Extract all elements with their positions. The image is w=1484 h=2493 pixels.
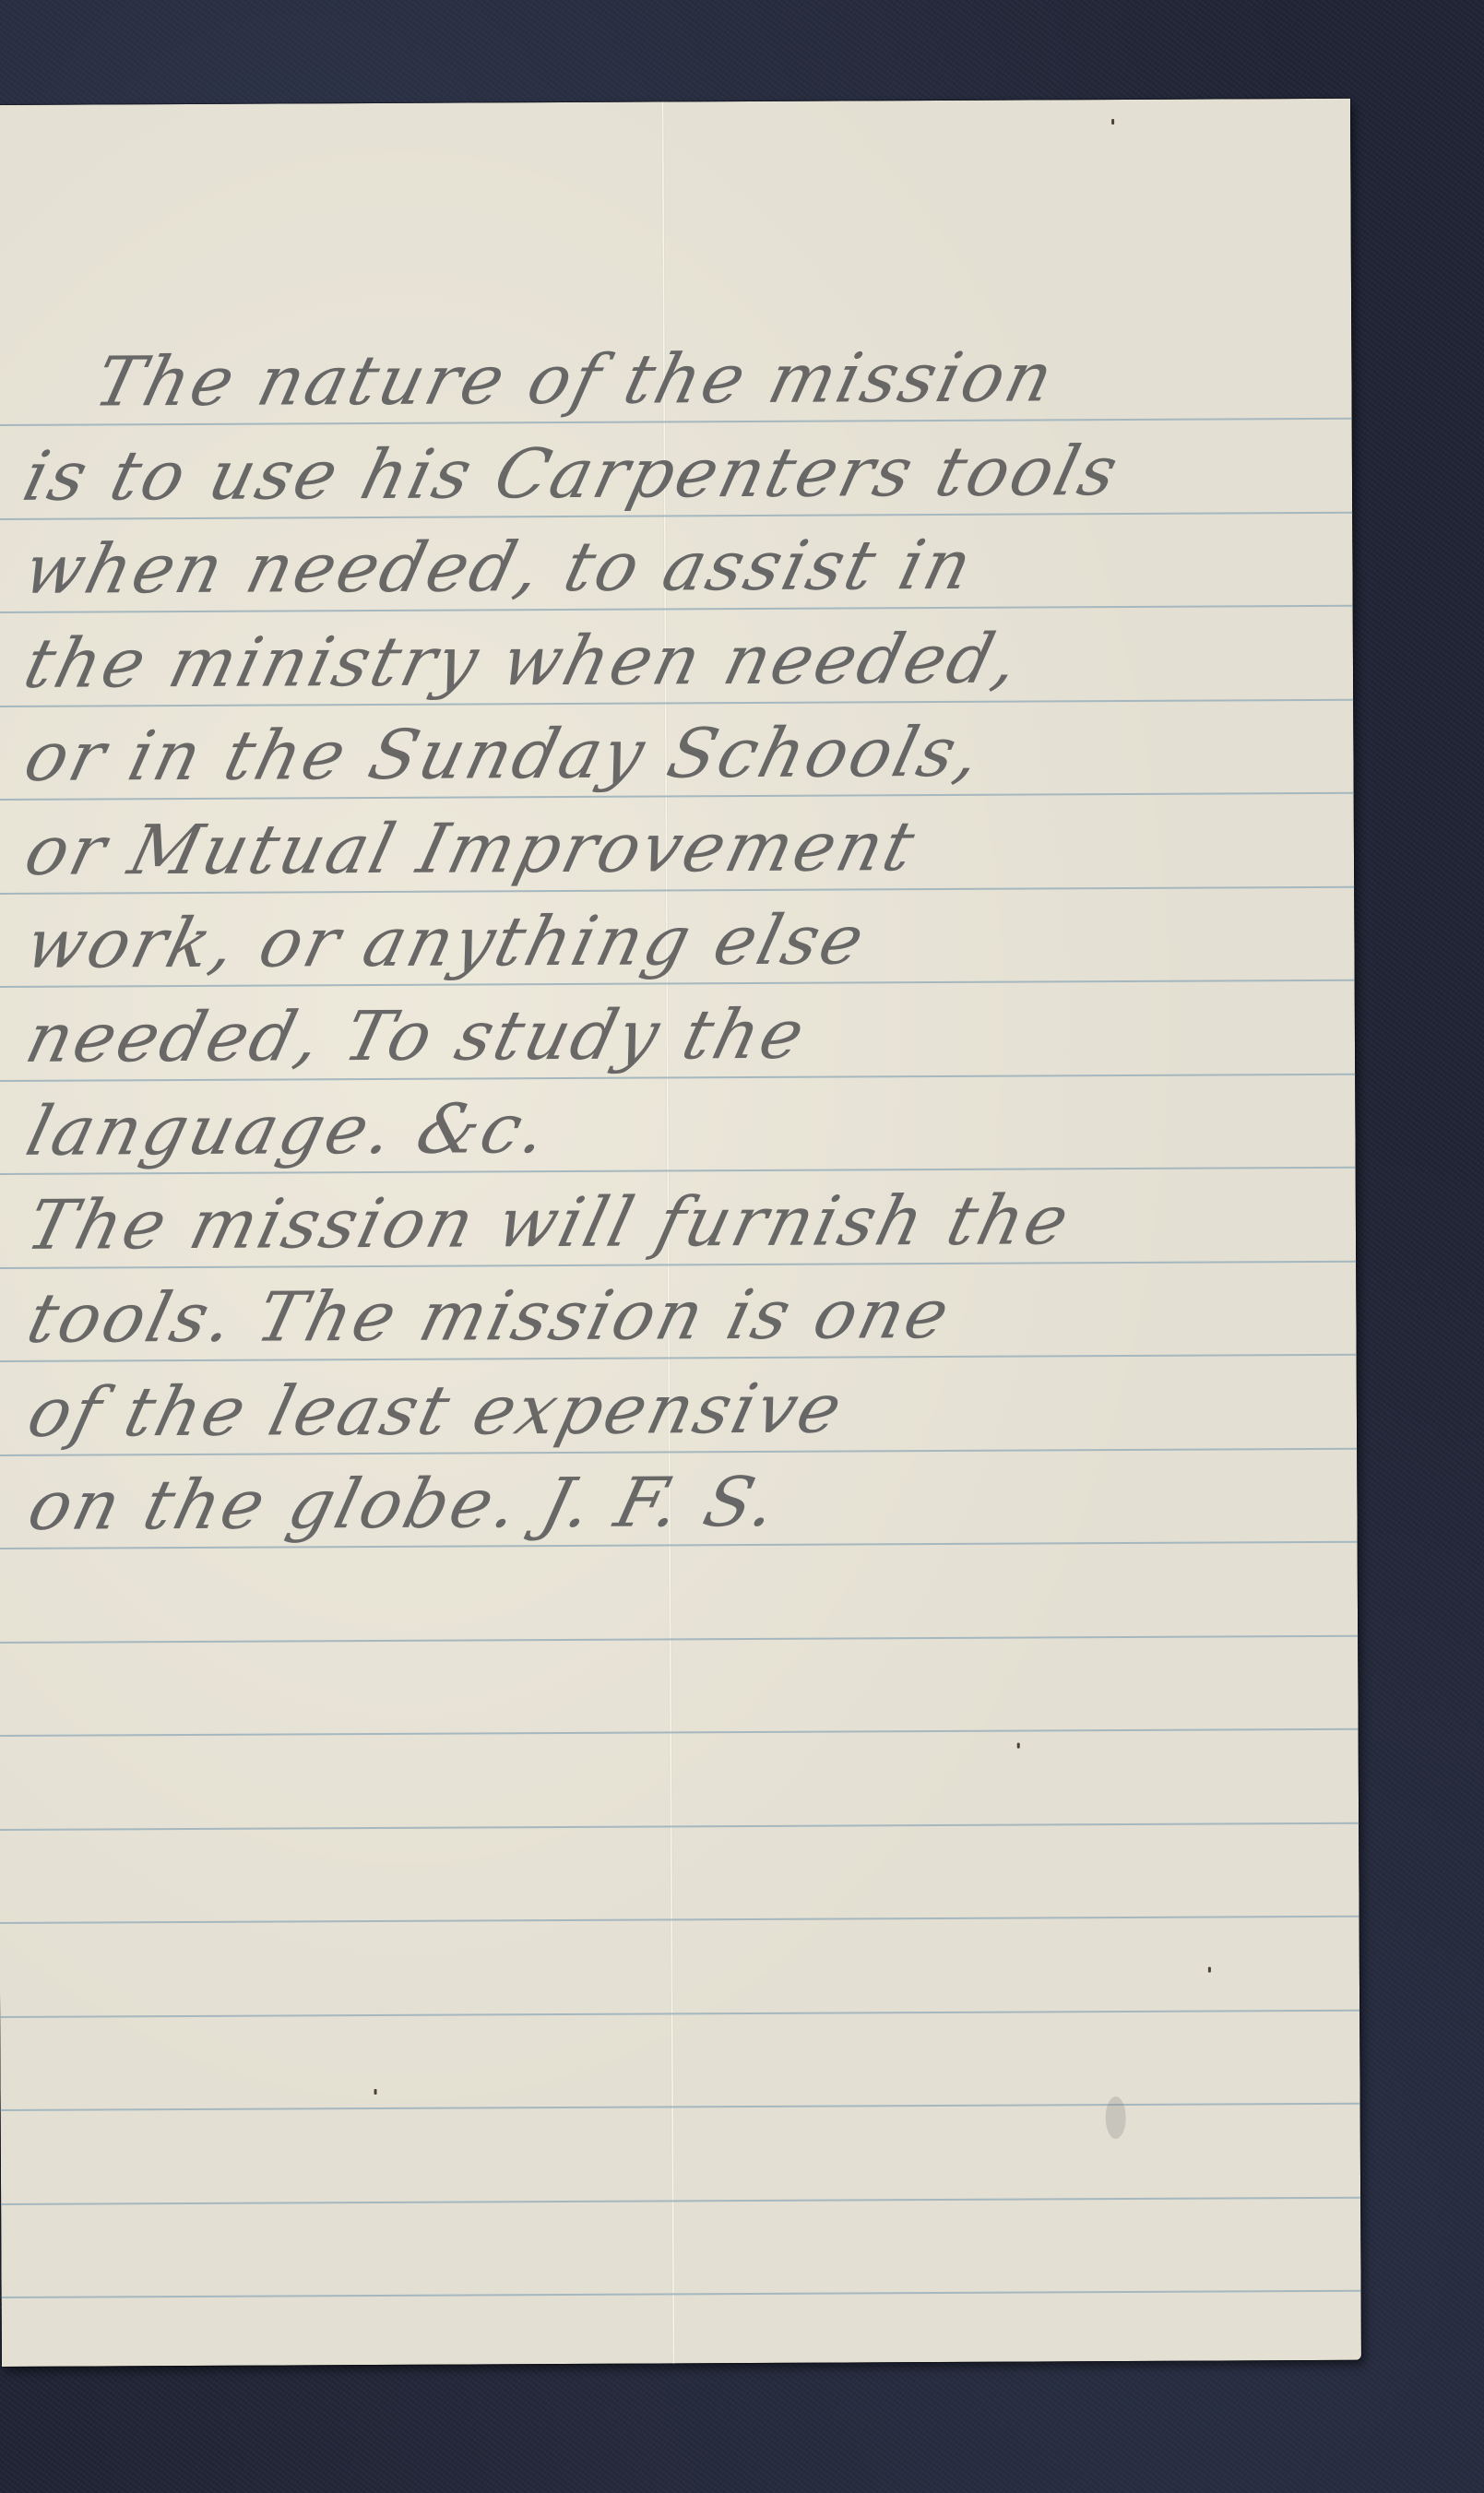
handwritten-line: when needed, to assist in (14, 513, 1359, 621)
ruled-line (0, 2010, 1359, 2018)
ruled-line (1, 2103, 1360, 2111)
handwritten-line: The nature of the mission (85, 326, 1359, 433)
ruled-line (0, 1822, 1359, 1831)
ruled-line (0, 1635, 1358, 1644)
handwritten-line: The mission will furnish the (17, 1169, 1362, 1276)
paper-speck (1208, 1967, 1211, 1973)
ruled-line (0, 1728, 1359, 1737)
handwritten-line: or Mutual Improvement (15, 794, 1360, 902)
paper-speck (1111, 119, 1114, 125)
handwritten-line: or in the Sunday Schools, (15, 700, 1360, 808)
ruled-line (0, 1916, 1359, 1924)
paper-speck (1017, 1743, 1020, 1749)
handwritten-line: tools. The mission is one (18, 1262, 1363, 1370)
paper-speck (374, 2089, 377, 2095)
ruled-line (1, 2197, 1360, 2205)
handwritten-line: needed, To study the (16, 981, 1361, 1089)
smudge-mark (1106, 2096, 1126, 2139)
letter-sheet: The nature of the mission is to use his … (0, 99, 1361, 2367)
handwritten-line: work, or anything else (16, 887, 1361, 995)
handwritten-line: language. &c. (17, 1074, 1362, 1182)
handwritten-line: on the globe. J. F. S. (18, 1449, 1364, 1557)
handwritten-line: of the least expensive (18, 1356, 1363, 1464)
ruled-line (2, 2290, 1361, 2298)
handwritten-line: is to use his Carpenters tools (13, 420, 1359, 528)
handwritten-line: the ministry when needed, (14, 607, 1359, 715)
